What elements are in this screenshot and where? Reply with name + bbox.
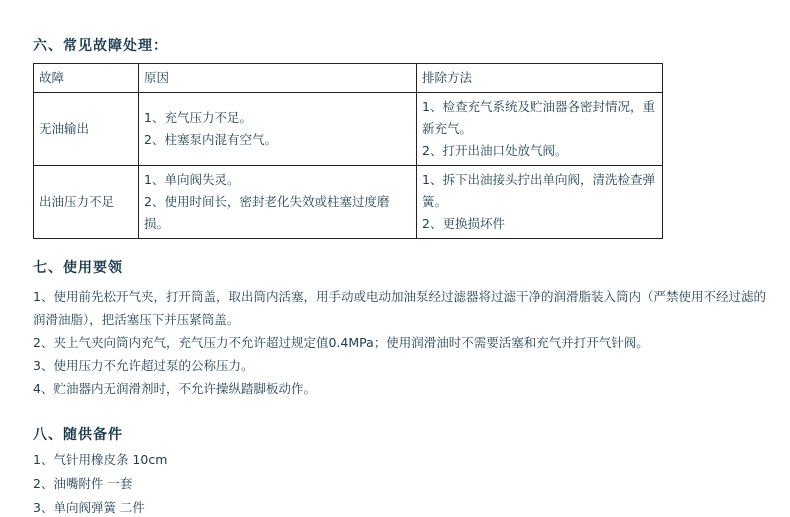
spare-part-item: 3、单向阀弹簧 二件 — [33, 501, 775, 515]
usage-item: 4、贮油器内无润滑剂时，不允许操纵踏脚板动作。 — [33, 377, 775, 400]
table-row: 无油输出 1、充气压力不足。 2、柱塞泵内混有空气。 1、检查充气系统及贮油器各… — [34, 93, 663, 166]
section6-title: 六、常见故障处理： — [33, 38, 770, 54]
table-row: 出油压力不足 1、单向阀失灵。 2、使用时间长，密封老化失效或柱塞过度磨损。 1… — [34, 166, 663, 239]
cause-line: 1、充气压力不足。 — [144, 107, 411, 129]
remedy-line: 1、拆下出油接头拧出单向阀，清洗检查弹簧。 — [422, 169, 657, 213]
usage-item: 3、使用压力不允许超过泵的公称压力。 — [33, 354, 775, 377]
cause-cell: 1、充气压力不足。 2、柱塞泵内混有空气。 — [139, 93, 417, 166]
fault-table: 故障 原因 排除方法 无油输出 1、充气压力不足。 2、柱塞泵内混有空气。 1、… — [33, 63, 663, 239]
remedy-cell: 1、拆下出油接头拧出单向阀，清洗检查弹簧。 2、更换损坏件 — [417, 166, 663, 239]
remedy-line: 2、打开出油口处放气阀。 — [422, 140, 657, 162]
fault-cell: 无油输出 — [34, 93, 139, 166]
fault-cell: 出油压力不足 — [34, 166, 139, 239]
remedy-line: 1、检查充气系统及贮油器各密封情况，重新充气。 — [422, 96, 657, 140]
usage-item: 2、夹上气夹向筒内充气，充气压力不允许超过规定值0.4MPa；使用润滑油时不需要… — [33, 331, 775, 354]
remedy-cell: 1、检查充气系统及贮油器各密封情况，重新充气。 2、打开出油口处放气阀。 — [417, 93, 663, 166]
header-cell-fault: 故障 — [34, 64, 139, 93]
cause-line: 2、使用时间长，密封老化失效或柱塞过度磨损。 — [144, 191, 411, 235]
document-page: 六、常见故障处理： 故障 原因 排除方法 无油输出 1、充气压力不足。 2、柱塞… — [0, 0, 790, 517]
cause-line: 1、单向阀失灵。 — [144, 169, 411, 191]
remedy-line: 2、更换损坏件 — [422, 213, 657, 235]
table-header-row: 故障 原因 排除方法 — [34, 64, 663, 93]
spare-part-item: 2、油嘴附件 一套 — [33, 477, 775, 491]
section8-title: 八、随供备件 — [33, 427, 770, 443]
header-cell-remedy: 排除方法 — [417, 64, 663, 93]
header-cell-cause: 原因 — [139, 64, 417, 93]
cause-cell: 1、单向阀失灵。 2、使用时间长，密封老化失效或柱塞过度磨损。 — [139, 166, 417, 239]
usage-item: 1、使用前先松开气夹，打开筒盖，取出筒内活塞，用手动或电动加油泵经过滤器将过滤干… — [33, 285, 775, 331]
spare-part-item: 1、气针用橡皮条 10cm — [33, 453, 775, 467]
cause-line: 2、柱塞泵内混有空气。 — [144, 129, 411, 151]
section7-title: 七、使用要领 — [33, 260, 770, 276]
